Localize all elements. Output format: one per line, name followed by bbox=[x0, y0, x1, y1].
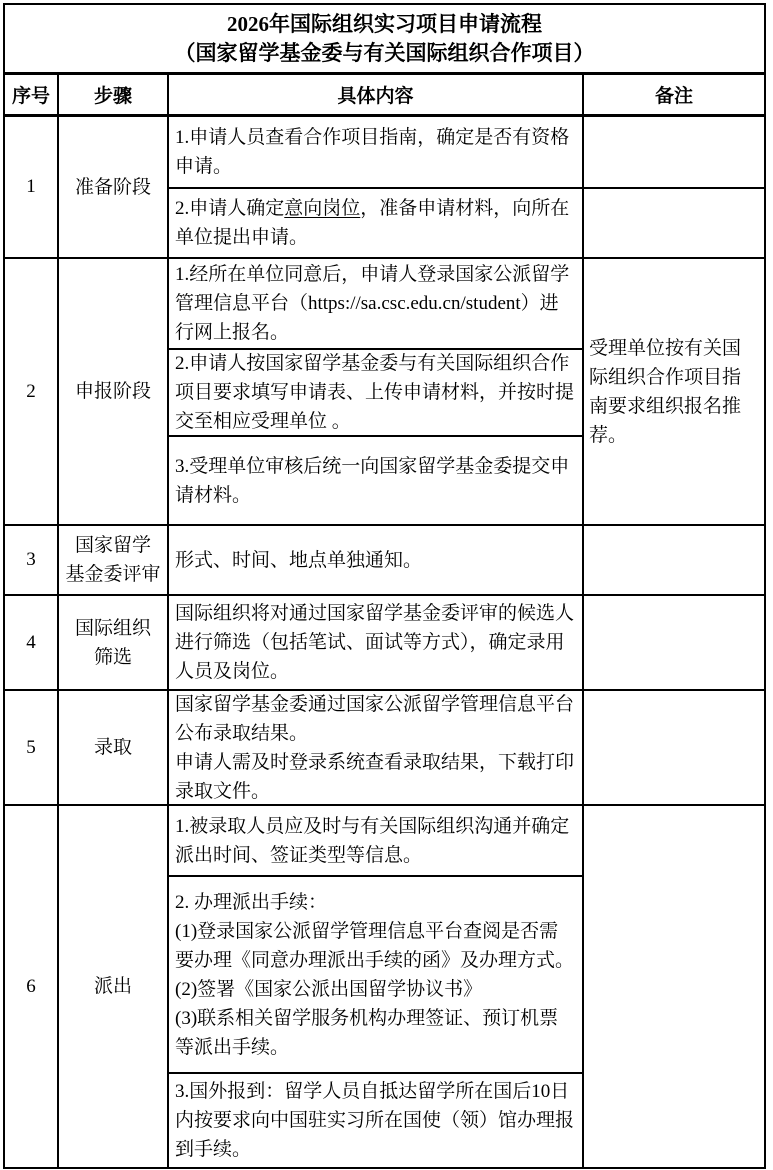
row3-step: 国家留学 基金委评审 bbox=[59, 526, 169, 594]
row6-content-item-3: 3.国外报到：留学人员自抵达留学所在国后10日内按要求向中国驻实习所在国使（领）… bbox=[169, 1074, 582, 1167]
row5-step: 录取 bbox=[59, 691, 169, 804]
table-row-5: 5 录取 国家留学基金委通过国家公派留学管理信息平台公布录取结果。 申请人需及时… bbox=[5, 691, 764, 806]
row6-number: 6 bbox=[5, 806, 59, 1167]
row5-content-item-1: 国家留学基金委通过国家公派留学管理信息平台公布录取结果。 申请人需及时登录系统查… bbox=[169, 691, 582, 804]
row2-content-item-1: 1.经所在单位同意后，申请人登录国家公派留学管理信息平台（https://sa.… bbox=[169, 259, 582, 350]
row6-remark-column bbox=[584, 806, 764, 1167]
row2-step: 申报阶段 bbox=[59, 259, 169, 524]
title-line-2: （国家留学基金委与有关国际组织合作项目） bbox=[175, 39, 595, 68]
table-row-6: 6 派出 1.被录取人员应及时与有关国际组织沟通并确定派出时间、签证类型等信息。… bbox=[5, 806, 764, 1167]
row4-remark-cell bbox=[584, 596, 764, 689]
row2-remark-column: 受理单位按有关国际组织合作项目指南要求组织报名推荐。 bbox=[584, 259, 764, 524]
application-process-table: 2026年国际组织实习项目申请流程 （国家留学基金委与有关国际组织合作项目） 序… bbox=[3, 3, 766, 1169]
row3-remark-column bbox=[584, 526, 764, 594]
row5-remark-column bbox=[584, 691, 764, 804]
row3-number: 3 bbox=[5, 526, 59, 594]
row5-content-column: 国家留学基金委通过国家公派留学管理信息平台公布录取结果。 申请人需及时登录系统查… bbox=[169, 691, 584, 804]
table-title: 2026年国际组织实习项目申请流程 （国家留学基金委与有关国际组织合作项目） bbox=[5, 5, 764, 75]
row4-number: 4 bbox=[5, 596, 59, 689]
row2-content-column: 1.经所在单位同意后，申请人登录国家公派留学管理信息平台（https://sa.… bbox=[169, 259, 584, 524]
row1-remark-cell-1 bbox=[584, 117, 764, 189]
document-page: 2026年国际组织实习项目申请流程 （国家留学基金委与有关国际组织合作项目） 序… bbox=[0, 0, 773, 1170]
row1-item2-prefix: 2.申请人确定 bbox=[175, 198, 284, 219]
header-cell-remark: 备注 bbox=[584, 75, 764, 114]
row1-content-item-2: 2.申请人确定意向岗位，准备申请材料，向所在单位提出申请。 bbox=[169, 189, 582, 257]
row4-content-item-1: 国际组织将对通过国家留学基金委评审的候选人进行筛选（包括笔试、面试等方式），确定… bbox=[169, 596, 582, 689]
row1-content-column: 1.申请人员查看合作项目指南，确定是否有资格申请。 2.申请人确定意向岗位，准备… bbox=[169, 117, 584, 257]
row6-step: 派出 bbox=[59, 806, 169, 1167]
table-row-1: 1 准备阶段 1.申请人员查看合作项目指南，确定是否有资格申请。 2.申请人确定… bbox=[5, 117, 764, 259]
row4-remark-column bbox=[584, 596, 764, 689]
row6-content-column: 1.被录取人员应及时与有关国际组织沟通并确定派出时间、签证类型等信息。 2. 办… bbox=[169, 806, 584, 1167]
row1-remark-column bbox=[584, 117, 764, 257]
header-cell-no: 序号 bbox=[5, 75, 59, 114]
header-cell-content: 具体内容 bbox=[169, 75, 584, 114]
row5-remark-cell bbox=[584, 691, 764, 804]
row2-remark-cell: 受理单位按有关国际组织合作项目指南要求组织报名推荐。 bbox=[584, 259, 764, 524]
row6-remark-cell bbox=[584, 806, 764, 1167]
row3-remark-cell bbox=[584, 526, 764, 594]
row5-number: 5 bbox=[5, 691, 59, 804]
table-row-2: 2 申报阶段 1.经所在单位同意后，申请人登录国家公派留学管理信息平台（http… bbox=[5, 259, 764, 526]
row3-content-column: 形式、时间、地点单独通知。 bbox=[169, 526, 584, 594]
row1-step: 准备阶段 bbox=[59, 117, 169, 257]
row6-content-item-1: 1.被录取人员应及时与有关国际组织沟通并确定派出时间、签证类型等信息。 bbox=[169, 806, 582, 877]
row1-remark-cell-2 bbox=[584, 189, 764, 257]
title-line-1: 2026年国际组织实习项目申请流程 bbox=[227, 10, 542, 39]
header-cell-step: 步骤 bbox=[59, 75, 169, 114]
row4-content-column: 国际组织将对通过国家留学基金委评审的候选人进行筛选（包括笔试、面试等方式），确定… bbox=[169, 596, 584, 689]
row1-number: 1 bbox=[5, 117, 59, 257]
row6-content-item-2: 2. 办理派出手续： (1)登录国家公派留学管理信息平台查阅是否需要办理《同意办… bbox=[169, 877, 582, 1074]
row2-content-item-2: 2.申请人按国家留学基金委与有关国际组织合作项目要求填写申请表、上传申请材料，并… bbox=[169, 350, 582, 437]
table-row-4: 4 国际组织 筛选 国际组织将对通过国家留学基金委评审的候选人进行筛选（包括笔试… bbox=[5, 596, 764, 691]
row2-number: 2 bbox=[5, 259, 59, 524]
row1-item2-underlined-text: 意向岗位 bbox=[284, 198, 360, 219]
row2-content-item-3: 3.受理单位审核后统一向国家留学基金委提交申请材料。 bbox=[169, 437, 582, 524]
row3-content-item-1: 形式、时间、地点单独通知。 bbox=[169, 526, 582, 594]
row1-content-item-1: 1.申请人员查看合作项目指南，确定是否有资格申请。 bbox=[169, 117, 582, 189]
table-header-row: 序号 步骤 具体内容 备注 bbox=[5, 75, 764, 117]
row4-step: 国际组织 筛选 bbox=[59, 596, 169, 689]
table-row-3: 3 国家留学 基金委评审 形式、时间、地点单独通知。 bbox=[5, 526, 764, 596]
